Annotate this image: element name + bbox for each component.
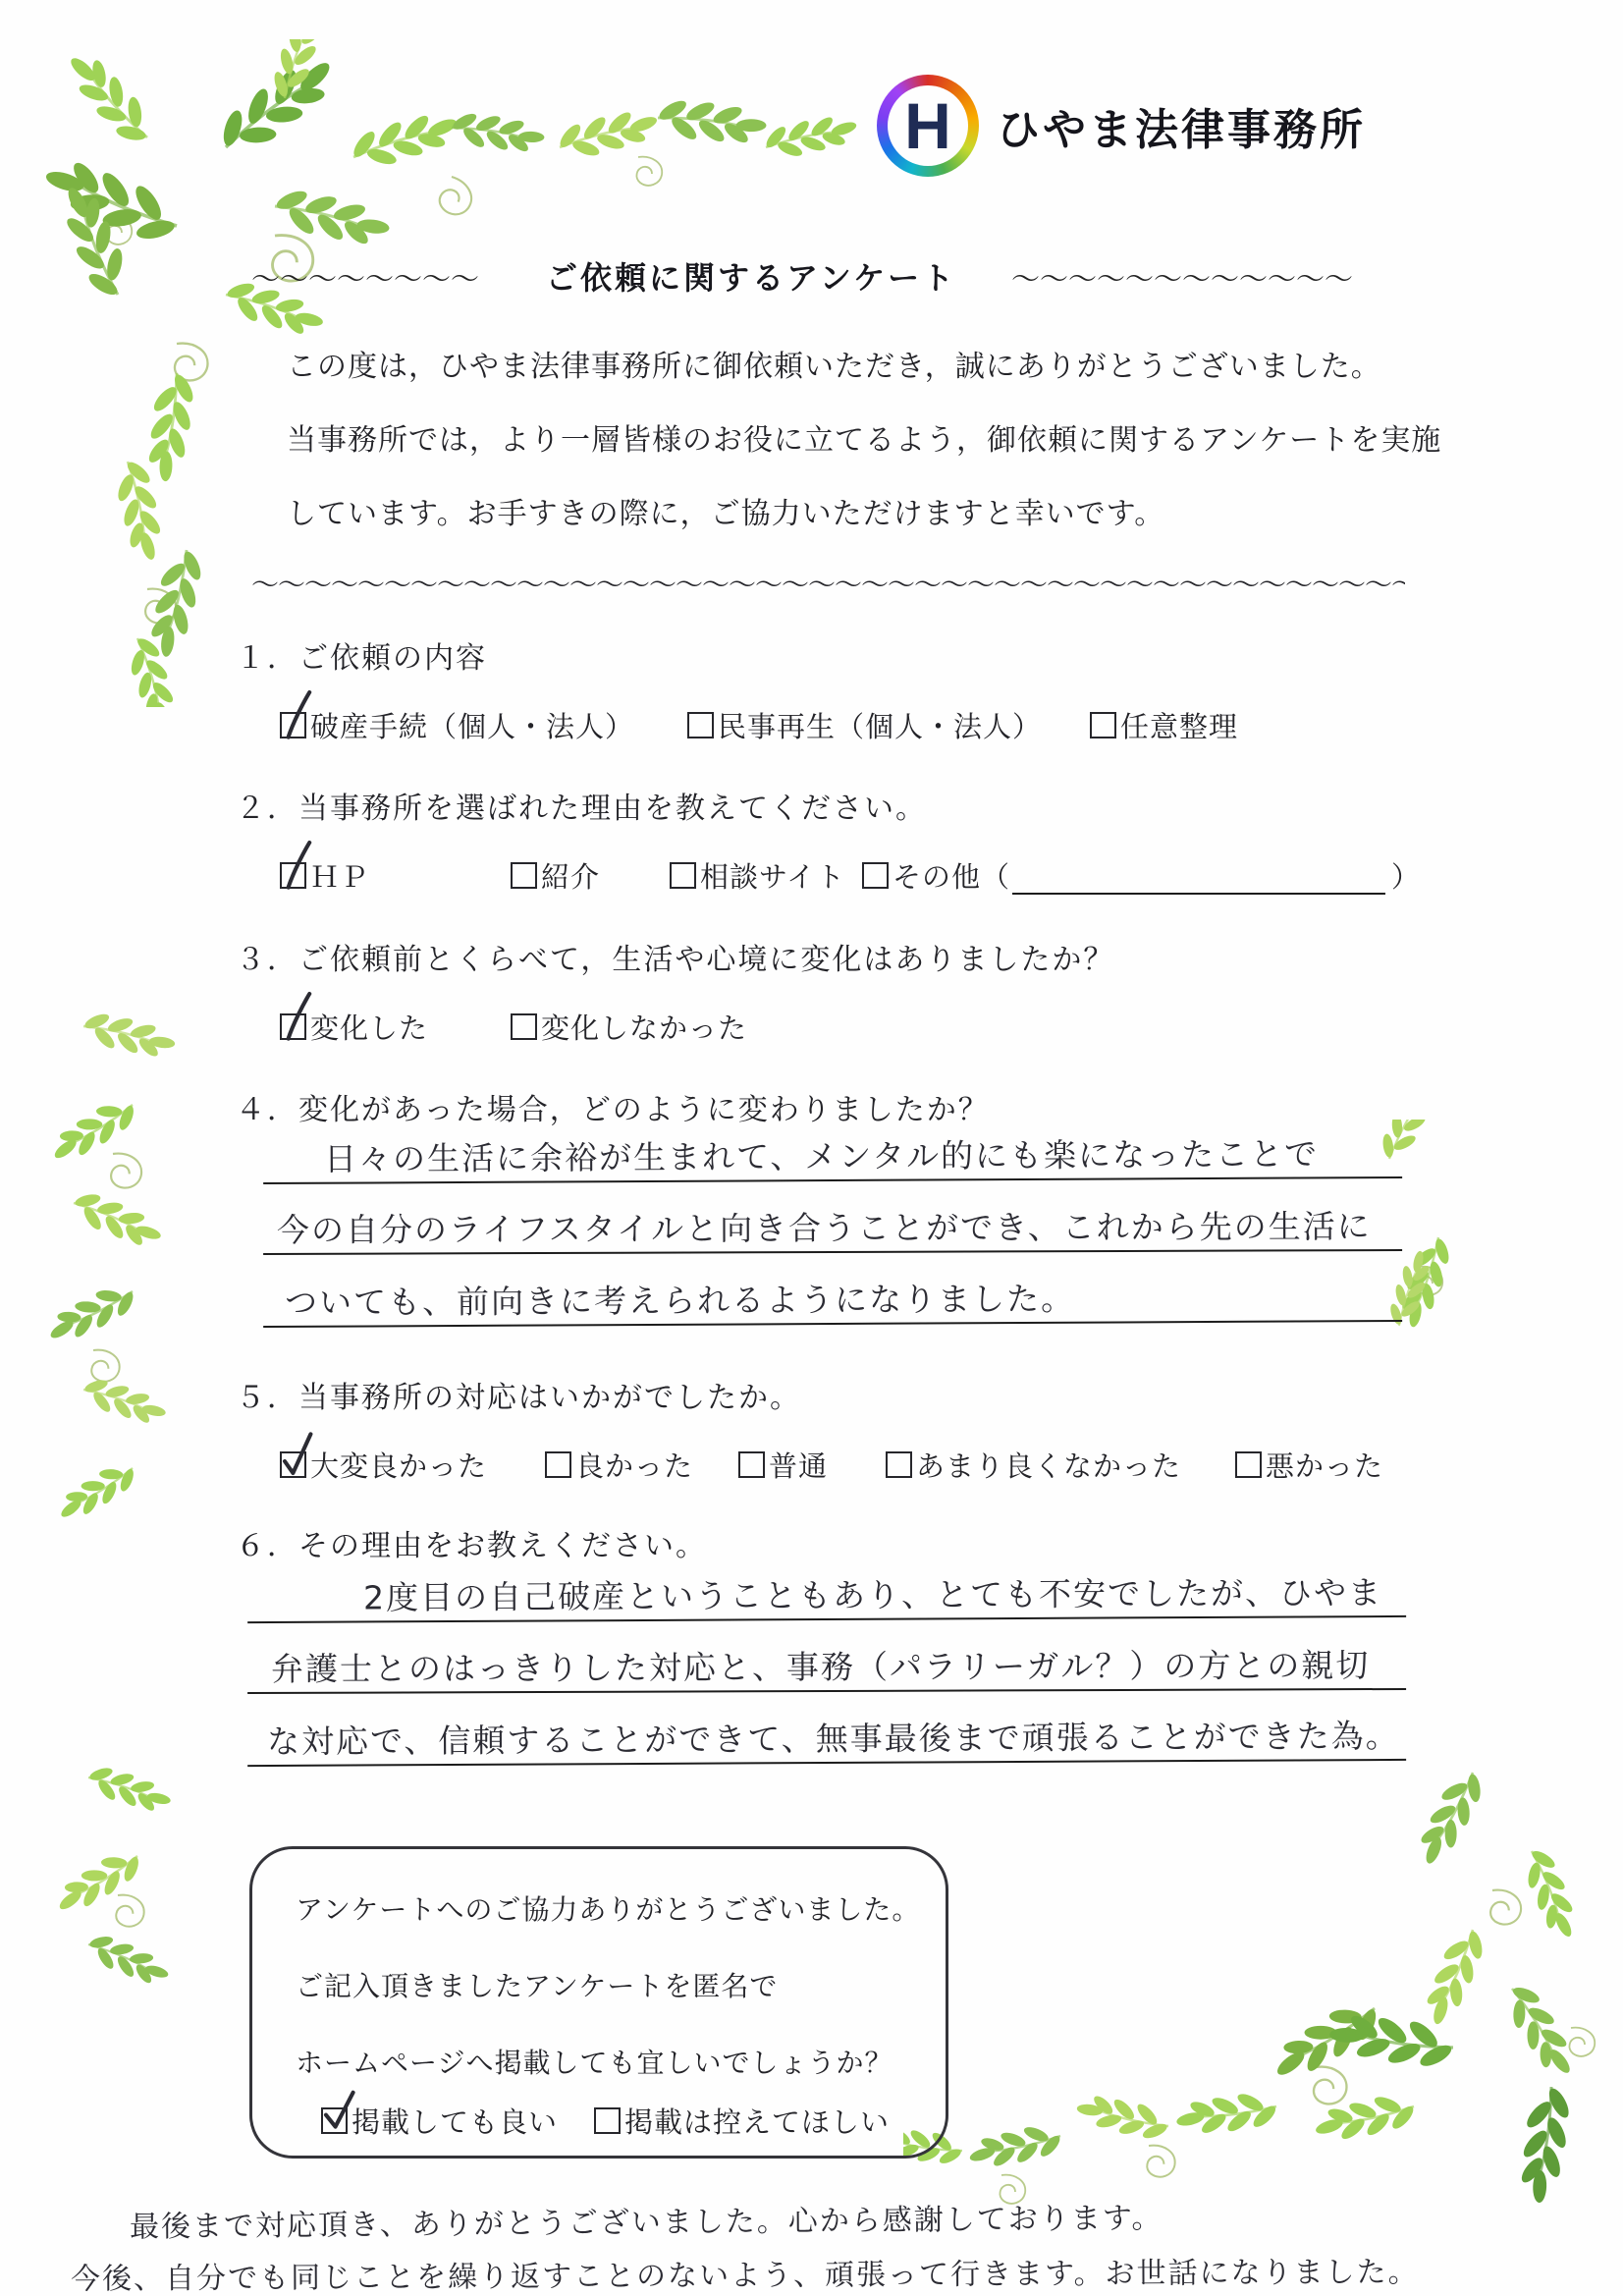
wavy-separator: ～～～～～～～～～～～～～～～～～～～～～～～～～～～～～～～～～～～～～～～～… [251,564,1405,603]
q1-options: 破産手続（個人・法人） 民事再生（個人・法人） 任意整理 [0,705,1623,752]
q2-option-other: その他（ ） [862,855,1421,896]
title-tildes-left: ～～～～～～～～ [251,257,479,298]
closing-note-line-1: 最後まで対応頂き、ありがとうございました。心から感謝しております。 [130,2193,1163,2245]
q1-bankruptcy-checkbox[interactable] [280,712,306,738]
q2-hp-checkbox[interactable] [280,862,306,889]
q3-option-not-changed: 変化しなかった [511,1007,747,1047]
page-title: ご依頼に関するアンケート [546,253,956,299]
q4-answer-line-3[interactable]: ついても、前向きに考えられるようになりました。 [263,1265,1402,1328]
q5-option-good: 良かった [545,1445,693,1485]
q2-other-checkbox[interactable] [862,862,889,889]
q2-options: ＨＰ 紹介 相談サイト その他（ ） [0,855,1623,902]
q2-other-suffix: ） [1391,855,1421,896]
logo-letter: H [877,75,979,177]
q1-voluntary-checkbox[interactable] [1090,712,1116,738]
q2-option-hp: ＨＰ [280,855,369,896]
q5-not-so-good-checkbox[interactable] [886,1451,912,1478]
q5-option-very-good: 大変良かった [280,1445,487,1485]
q3-options: 変化した 変化しなかった [0,1007,1623,1054]
title-tildes-right: ～～～～～～～～～～～～ [1011,257,1353,298]
q1-option-voluntary: 任意整理 [1090,705,1238,745]
publish-box-line-2: ご記入頂きましたアンケートを匿名で [296,1965,778,2004]
q1-label: １．ご依頼の内容 [236,633,487,677]
vine-decoration-bottom-right [903,1714,1623,2264]
q6-label: ６．その理由をお教えください。 [236,1521,707,1564]
q5-label: ５．当事務所の対応はいかがでしたか。 [236,1373,801,1416]
q3-label: ３．ご依頼前とくらべて，生活や心境に変化はありましたか？ [236,935,1114,978]
q5-option-bad: 悪かった [1235,1445,1383,1485]
q5-options: 大変良かった 良かった 普通 あまり良くなかった 悪かった [0,1445,1623,1492]
survey-page: H ひやま法律事務所 ～～～～～～～～ ご依頼に関するアンケート ～～～～～～～… [0,0,1623,2296]
q4-answer-line-2[interactable]: 今の自分のライフスタイルと向き合うことができ、これから先の生活に [263,1194,1402,1255]
q3-not-changed-checkbox[interactable] [511,1013,537,1040]
q3-option-changed: 変化した [280,1007,428,1047]
publish-consent-box: アンケートへのご協力ありがとうございました。 ご記入頂きましたアンケートを匿名で… [249,1846,948,2159]
q6-answer-line-3[interactable]: な対応で、信頼することができて、無事最後まで頑張ることができた為。 [247,1704,1406,1767]
intro-line-2: 当事務所では，より一層皆様のお役に立てるよう，御依頼に関するアンケートを実施 [287,415,1441,459]
q2-other-blank-field[interactable] [1012,859,1385,895]
publish-box-line-1: アンケートへのご協力ありがとうございました。 [296,1888,920,1928]
intro-line-1: この度は，ひやま法律事務所に御依頼いただき，誠にありがとうございました。 [287,342,1381,385]
q2-option-referral: 紹介 [511,855,600,896]
q5-good-checkbox[interactable] [545,1451,571,1478]
q4-answer-line-1[interactable]: 日々の生活に余裕が生まれて、メンタル的にも楽になったことで [263,1121,1402,1184]
publish-box-line-3: ホームページへ掲載しても宜しいでしょうか？ [296,2042,893,2081]
q2-label: ２．当事務所を選ばれた理由を教えてください。 [236,784,927,827]
q5-normal-checkbox[interactable] [738,1451,765,1478]
q3-changed-checkbox[interactable] [280,1013,306,1040]
q5-very-good-checkbox[interactable] [280,1451,306,1478]
q6-answer-line-1[interactable]: 2度目の自己破産ということもあり、とても不安でしたが、ひやま [247,1560,1406,1623]
publish-ok-checkbox[interactable] [321,2107,348,2134]
q2-consult-site-checkbox[interactable] [670,862,696,889]
firm-name: ひやま法律事務所 [997,94,1366,157]
q2-option-consult-site: 相談サイト [670,855,845,896]
intro-line-3: しています。お手すきの際に，ご協力いただけますと幸いです。 [287,489,1164,532]
q1-option-bankruptcy: 破産手続（個人・法人） [280,705,634,745]
publish-option-no: 掲載は控えてほしい [594,2101,890,2141]
q5-option-not-so-good: あまり良くなかった [886,1445,1181,1485]
closing-note-line-2: 今後、自分でも同じことを繰り返すことのないよう、頑張って行きます。お世話になりま… [71,2247,1420,2296]
q1-civil-rehab-checkbox[interactable] [687,712,714,738]
q6-answer-line-2[interactable]: 弁護士とのはっきりした対応と、事務（パラリーガル？）の方との親切 [247,1633,1406,1694]
q5-bad-checkbox[interactable] [1235,1451,1262,1478]
publish-option-ok: 掲載しても良い [321,2101,558,2141]
q5-option-normal: 普通 [738,1445,828,1485]
q1-option-civil-rehab: 民事再生（個人・法人） [687,705,1042,745]
vine-decoration-left-lower [29,1719,216,1994]
q2-referral-checkbox[interactable] [511,862,537,889]
publish-no-checkbox[interactable] [594,2107,621,2134]
q4-label: ４．変化があった場合，どのように変わりましたか？ [236,1085,990,1128]
firm-logo: H ひやま法律事務所 [877,75,1366,177]
logo-rainbow-ring-icon: H [877,75,979,177]
